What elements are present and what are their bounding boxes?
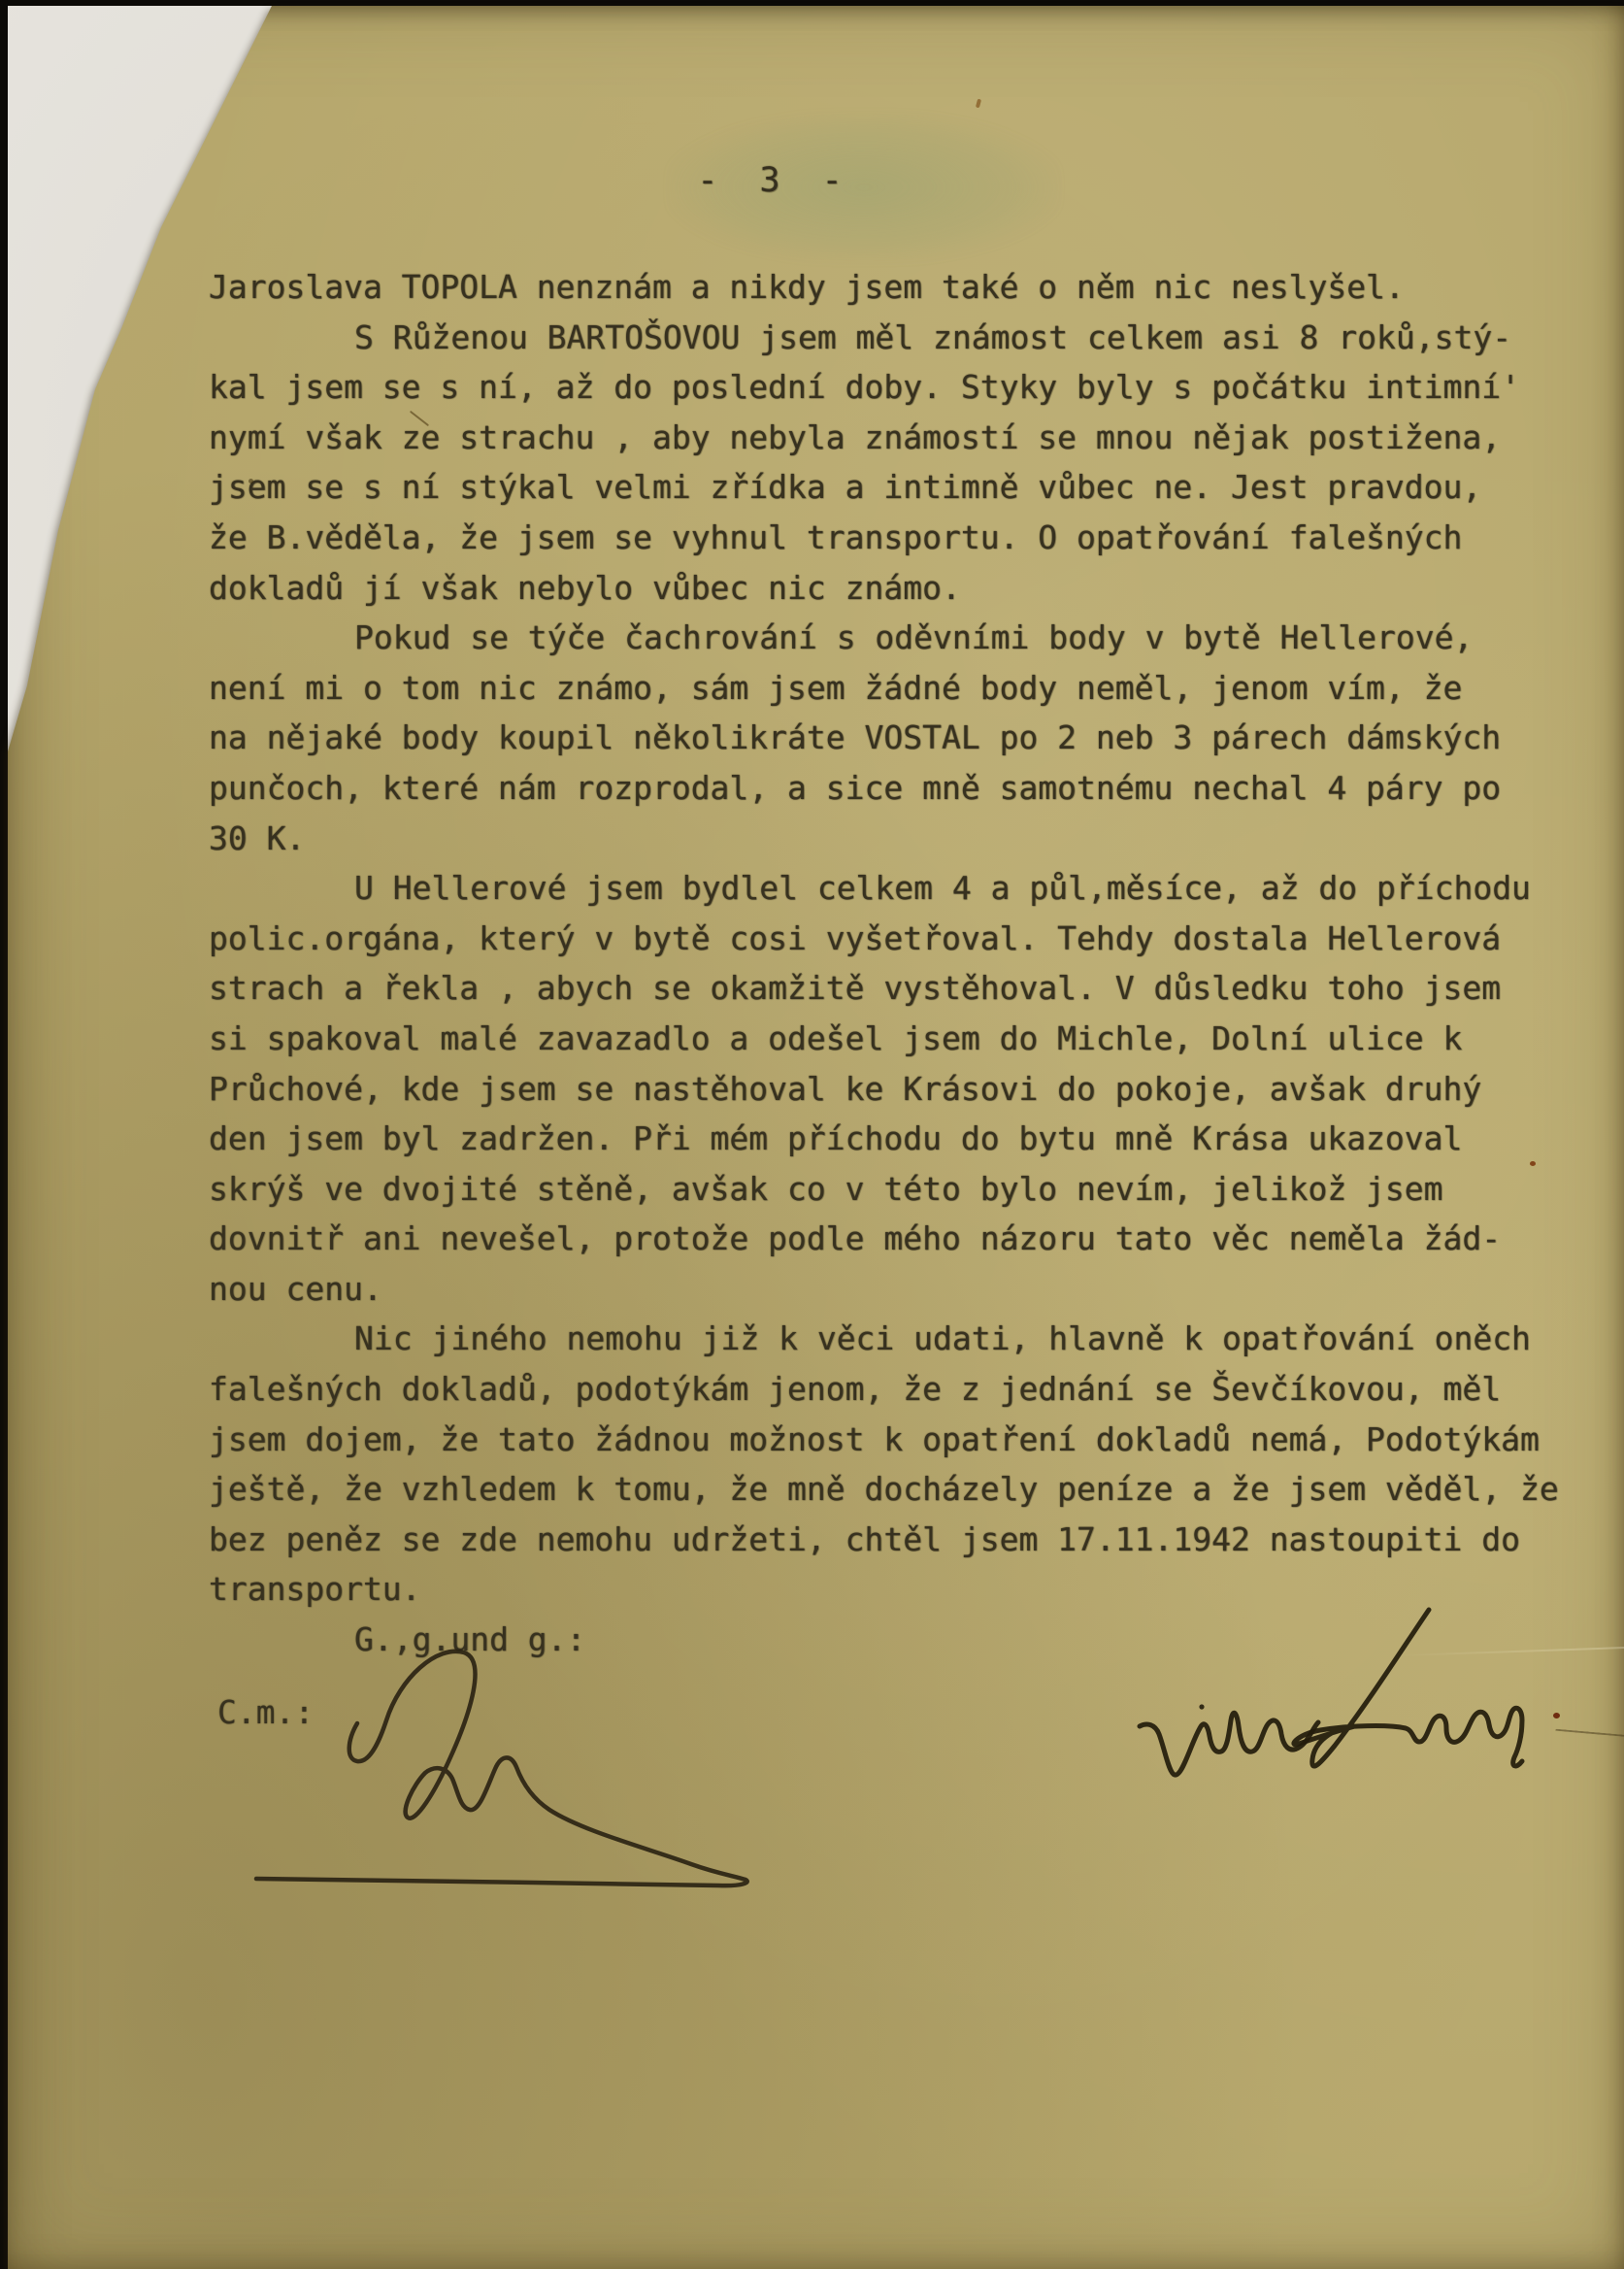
text-line: že B.věděla, že jsem se vyhnul transport…	[209, 513, 1587, 563]
page-number: - 3 -	[0, 161, 1583, 200]
text-line: Nic jiného nemohu již k věci udati, hlav…	[209, 1314, 1587, 1364]
text-line: falešných dokladů, podotýkám jenom, že z…	[209, 1364, 1587, 1415]
text-line: si spakoval malé zavazadlo a odešel jsem…	[209, 1014, 1587, 1064]
text-line: punčoch, které nám rozprodal, a sice mně…	[209, 763, 1587, 814]
text-line: den jsem byl zadržen. Při mém příchodu d…	[209, 1114, 1587, 1164]
text-line: není mi o tom nic známo, sám jsem žádné …	[209, 663, 1587, 714]
text-line: skrýš ve dvojité stěně, avšak co v této …	[209, 1164, 1587, 1215]
paper-shadow-wrap: - 3 - Jaroslava TOPOLA nenznám a nikdy j…	[8, 6, 1624, 2269]
document-text: Jaroslava TOPOLA nenznám a nikdy jsem ta…	[209, 262, 1587, 1665]
text-line: strach a řekla , abych se okamžitě vystě…	[209, 963, 1587, 1014]
document-page: - 3 - Jaroslava TOPOLA nenznám a nikdy j…	[8, 6, 1624, 2269]
text-line: dokladů jí však nebylo vůbec nic známo.	[209, 563, 1587, 614]
text-line: 30 K.	[209, 814, 1587, 864]
scan-backing: - 3 - Jaroslava TOPOLA nenznám a nikdy j…	[8, 6, 1624, 2269]
text-line: nou cenu.	[209, 1264, 1587, 1315]
text-line: Pokud se týče čachrování s oděvními body…	[209, 613, 1587, 663]
text-line: Jaroslava TOPOLA nenznám a nikdy jsem ta…	[209, 262, 1587, 313]
text-line: dovnitř ani nevešel, protože podle mého …	[209, 1214, 1587, 1264]
signature-left-flourish	[233, 1631, 777, 1913]
text-line: nymí však ze strachu , aby nebyla známos…	[209, 413, 1587, 463]
paper-crease	[1555, 1729, 1624, 1741]
signature-right-vilem-frohlich	[1116, 1583, 1534, 1806]
text-line: S Růženou BARTOŠOVOU jsem měl známost ce…	[209, 313, 1587, 363]
text-line: U Hellerové jsem bydlel celkem 4 a půl,m…	[209, 863, 1587, 914]
text-line: bez peněz se zde nemohu udržeti, chtěl j…	[209, 1515, 1587, 1565]
text-line: jsem dojem, že tato žádnou možnost k opa…	[209, 1415, 1587, 1465]
text-line: polic.orgána, který v bytě cosi vyšetřov…	[209, 914, 1587, 964]
paper-speck	[1553, 1713, 1560, 1718]
text-line: jsem se s ní stýkal velmi zřídka a intim…	[209, 462, 1587, 513]
text-line: kal jsem se s ní, až do poslední doby. S…	[209, 362, 1587, 413]
paper-speck	[249, 479, 253, 484]
text-line: ještě, že vzhledem k tomu, že mně docház…	[209, 1464, 1587, 1515]
paper-speck	[1530, 1161, 1536, 1166]
paper-speck	[976, 99, 981, 109]
text-line: Průchové, kde jsem se nastěhoval ke Krás…	[209, 1064, 1587, 1115]
text-line: na nějaké body koupil několikráte VOSTAL…	[209, 713, 1587, 763]
